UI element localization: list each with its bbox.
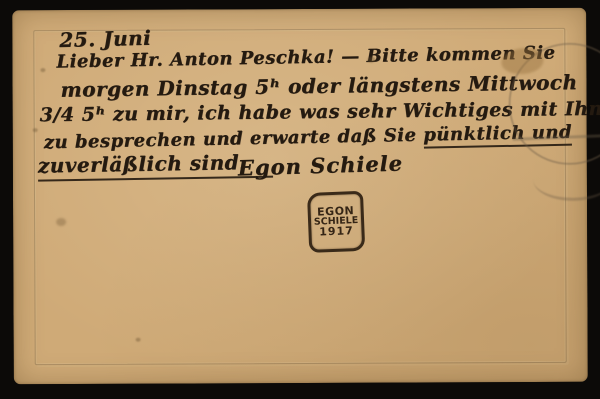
signature: Egon Schiele — [238, 150, 404, 180]
note-date: 25. Juni — [59, 26, 151, 52]
paper-speck — [33, 128, 38, 132]
paper-speck — [136, 338, 141, 342]
paper-speck-large — [56, 218, 66, 226]
note-line-3: morgen Dinstag 5ʰ oder längstens Mittwoc… — [60, 70, 577, 102]
scan-background: 25. Juni Lieber Hr. Anton Peschka! — Bit… — [0, 0, 600, 399]
paper-speck — [40, 68, 45, 72]
artist-monogram-stamp: EGON SCHIELE 1917 — [307, 191, 365, 253]
postcard: 25. Juni Lieber Hr. Anton Peschka! — Bit… — [12, 8, 588, 385]
note-line-5: zu besprechen und erwarte daß Sie pünktl… — [44, 122, 573, 154]
postmark-bleedthrough-arc — [533, 158, 600, 201]
stamp-line-3: 1917 — [319, 226, 354, 238]
paper-speck — [367, 57, 375, 63]
